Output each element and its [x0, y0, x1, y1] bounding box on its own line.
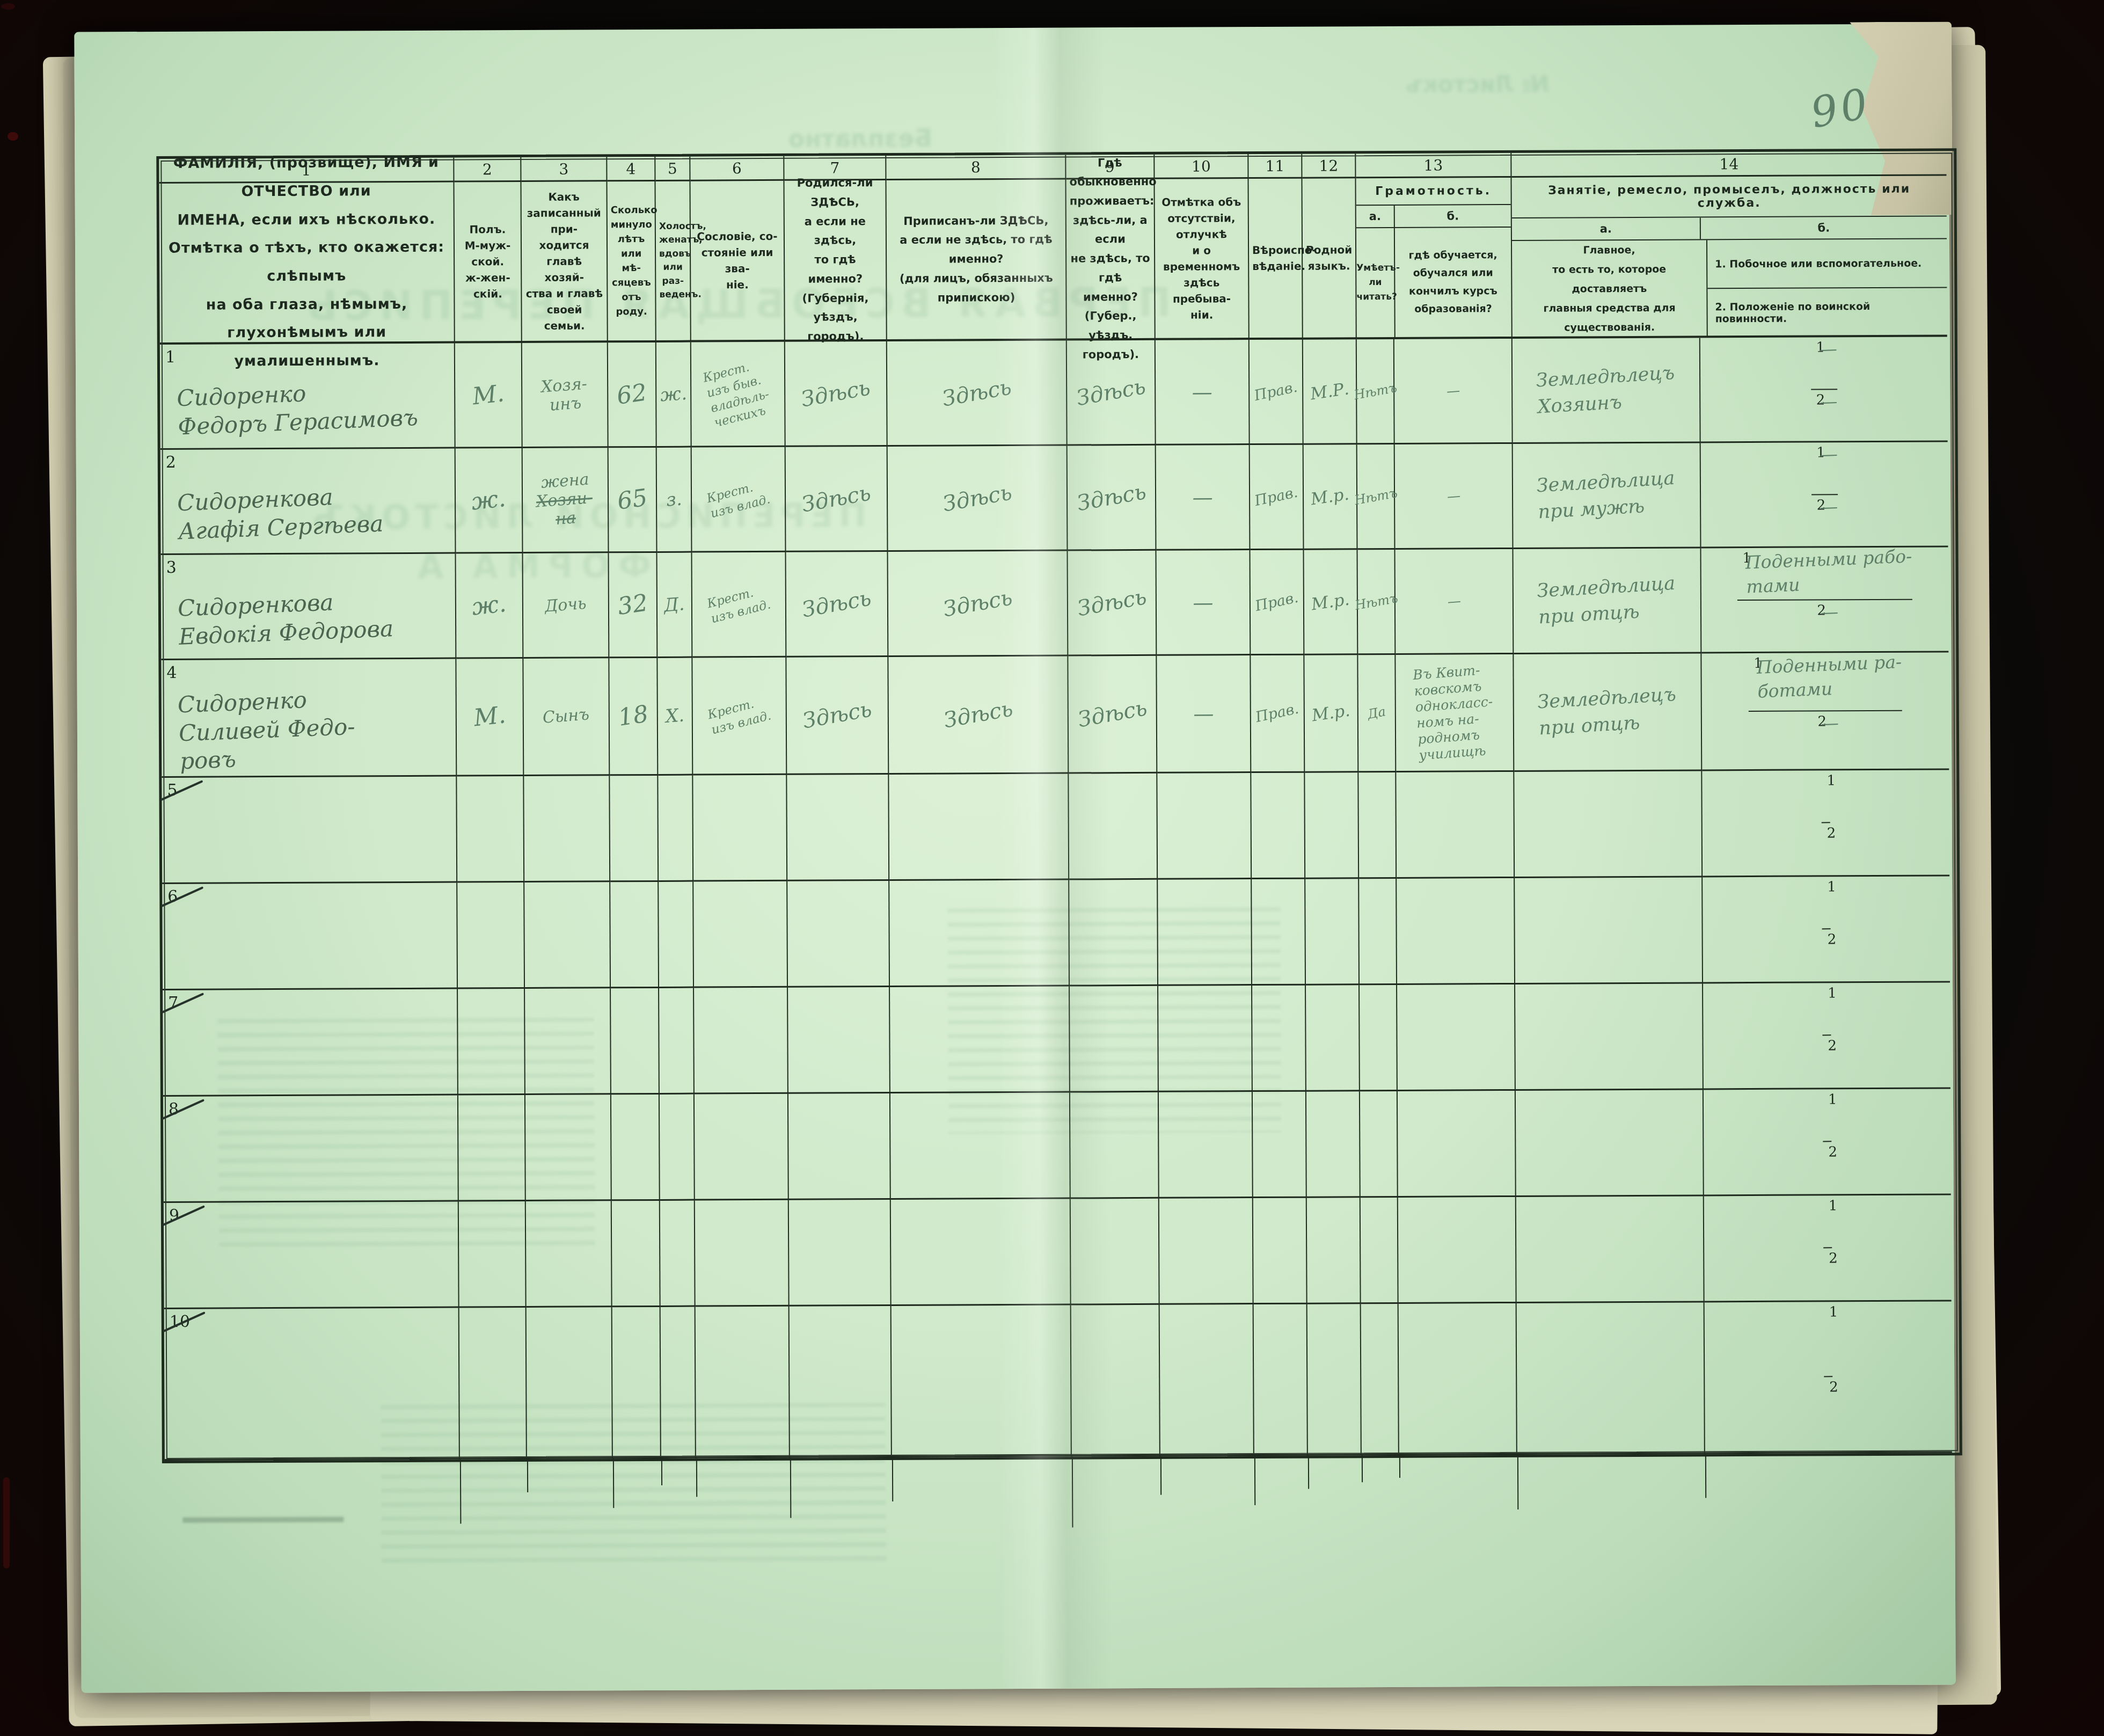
- row-number: 4: [166, 663, 177, 682]
- cell-born: [788, 1093, 891, 1200]
- census-grid: 1 2 3 4 5 6 7 8 9 10 11 12 13 14 ФАМИЛІЯ…: [159, 151, 1960, 1460]
- cell-educated: [1398, 1090, 1516, 1197]
- sub-row-label-1: 1: [1827, 879, 1836, 895]
- cell-registered: [890, 986, 1070, 1093]
- col-number-2: 2: [454, 157, 521, 183]
- cell-side-1: 1Поденными рабо- тами: [1737, 548, 1912, 601]
- cell-side-1: 1: [1822, 877, 1830, 930]
- cell-side-2: 2: [1823, 1248, 1832, 1300]
- header-name: ФАМИЛІЯ, (прозвище), ИМЯ и ОТЧЕСТВО или …: [159, 183, 455, 345]
- column-line-stub: [460, 1459, 462, 1523]
- cell-occupation: [1517, 1302, 1705, 1455]
- sub-row-label-2: 2: [1829, 1250, 1838, 1266]
- cell-resides: [1069, 773, 1158, 880]
- cell-religion: Прав.: [1250, 340, 1304, 445]
- cell-registered: [889, 774, 1069, 880]
- cell-language-value: М.р.: [1310, 484, 1350, 509]
- cell-absence: [1158, 986, 1253, 1092]
- cell-relation: женаХозяи- на: [523, 448, 609, 553]
- cell-relation: [524, 882, 611, 989]
- cell-side-2: 2: [1822, 823, 1830, 875]
- cell-language: [1307, 1304, 1362, 1455]
- cell-side-1-value: —: [1819, 442, 1838, 467]
- cell-registered: [890, 1092, 1071, 1199]
- cell-occupation-value: Земледѣлица при мужѣ: [1536, 465, 1677, 525]
- cell-born: [788, 987, 890, 1094]
- cell-religion-value: Прав.: [1253, 379, 1299, 405]
- cell-absence: —: [1157, 655, 1251, 773]
- cell-sex: ж.: [456, 553, 524, 659]
- cell-absence-value: —: [1192, 380, 1212, 404]
- cell-relation: [527, 1307, 613, 1459]
- cell-born: [790, 1306, 892, 1458]
- cell-registered: [889, 880, 1070, 987]
- cell-language: М.р.: [1304, 444, 1358, 550]
- cell-side-1-value: Поденными ра- ботами: [1756, 650, 1903, 704]
- col-number-11: 11: [1248, 154, 1302, 179]
- cell-language-value: М.Р.: [1309, 379, 1350, 404]
- row-number-struck: 6: [167, 887, 178, 906]
- cell-sex: [459, 1201, 527, 1308]
- cell-side-1-value: —: [1819, 337, 1838, 362]
- cell-name: 5: [162, 776, 457, 884]
- cell-side-1: 1—: [1810, 337, 1837, 390]
- header-literacy-title: Грамотность.: [1356, 178, 1510, 206]
- cell-reads: [1359, 878, 1397, 984]
- header-born: Родился-ли ЗДѢСЬ, а если не здѣсь, то гд…: [784, 180, 887, 342]
- cell-religion: [1251, 772, 1305, 879]
- cell-name-value: Сидоренко Федоръ Герасимовъ: [176, 375, 418, 441]
- cell-side-occupation: 12: [1704, 1089, 1951, 1196]
- cell-educated: [1396, 771, 1515, 878]
- header-occupation-a: а.: [1512, 217, 1701, 240]
- cell-marital-value: Д.: [663, 593, 685, 616]
- cell-resides: [1069, 879, 1158, 986]
- column-line-stub: [661, 1458, 662, 1485]
- cell-registered: Здѣсь: [888, 446, 1068, 552]
- cell-educated: —: [1395, 444, 1514, 550]
- cell-absence-value: —: [1193, 590, 1213, 614]
- cell-age: [612, 1307, 661, 1458]
- cell-side-occupation: 1—2—: [1700, 337, 1948, 443]
- cell-estate: Крест. изъ быв. владѣль- ческихъ: [691, 342, 786, 448]
- cell-occupation: [1516, 1196, 1705, 1303]
- cell-relation-value: Дочь: [544, 594, 587, 616]
- cell-religion: Прав.: [1251, 655, 1305, 773]
- cell-occupation: [1516, 1090, 1704, 1197]
- cell-name: 4Сидоренко Силивей Федо- ровъ: [161, 659, 457, 778]
- cell-side-1-value: Поденными рабо- тами: [1745, 544, 1913, 599]
- row-number-struck: 9: [169, 1206, 179, 1224]
- cell-born-value: Здѣсь: [799, 375, 872, 412]
- cell-name-value: Сидоренко Силивей Федо- ровъ: [177, 684, 356, 776]
- cell-side-1: 1—: [1811, 442, 1837, 495]
- cell-side-2: 2—: [1811, 495, 1838, 546]
- row-number: 3: [166, 558, 177, 577]
- column-line-stub: [1072, 1456, 1073, 1527]
- cell-reads-value: Нѣтъ: [1353, 380, 1398, 403]
- header-literacy-b: б.: [1395, 205, 1511, 227]
- cell-estate-value: Крест. изъ влад.: [705, 582, 772, 627]
- header-can-read: Умѣетъ- ли читать?: [1356, 228, 1396, 337]
- cell-religion: [1253, 1198, 1307, 1304]
- header-marital: Холостъ, женатъ, вдовъ или раз- веденъ.: [655, 181, 691, 342]
- cell-side-1: 1: [1824, 1302, 1833, 1377]
- cell-name: 2Сидоренкова Агафія Сергѣева: [160, 449, 456, 555]
- cell-marital: [659, 881, 694, 988]
- cell-born: Здѣсь: [785, 341, 888, 447]
- sub-row-label-1: 1: [1827, 772, 1836, 789]
- cell-sex-value: ж.: [470, 485, 507, 516]
- cell-age: [611, 1094, 660, 1200]
- column-line-stub: [1254, 1456, 1255, 1505]
- cell-reads: Нѣтъ: [1357, 339, 1395, 444]
- cell-reads: [1361, 1197, 1399, 1303]
- cell-relation: Хозя- инъ: [522, 342, 609, 448]
- cell-religion: [1252, 879, 1306, 985]
- cell-relation-value: Сынъ: [542, 705, 590, 727]
- cell-reads: [1358, 772, 1397, 878]
- cell-resides: [1071, 1198, 1160, 1305]
- sub-row-label-1: 1: [1829, 1198, 1838, 1214]
- cell-occupation-value: Земледѣлица при отцѣ: [1536, 570, 1677, 630]
- cell-absence: [1160, 1304, 1254, 1456]
- cell-born: [787, 881, 890, 988]
- cell-resides: Здѣсь: [1068, 446, 1157, 551]
- cell-absence: —: [1156, 340, 1250, 446]
- cell-born: [789, 1200, 892, 1307]
- sub-row-label-2: 2: [1827, 825, 1836, 841]
- cell-age: 32: [609, 553, 658, 658]
- cell-educated: [1399, 1303, 1517, 1455]
- cell-registered: [892, 1305, 1072, 1457]
- cell-resides-value: Здѣсь: [1075, 585, 1148, 621]
- cell-registered: [891, 1199, 1071, 1305]
- census-page: Безплатно № Листокъ ПЕРВАЯ ВСЕОБЩАЯ ПЕРЕ…: [74, 24, 1955, 1693]
- column-line-stub: [892, 1457, 893, 1501]
- header-language: Родной языкъ.: [1302, 178, 1356, 339]
- cell-marital: [659, 988, 695, 1094]
- film-speck: [1, 3, 15, 10]
- cell-sex: [458, 1095, 526, 1201]
- header-registered: Приписанъ-ли ЗДѢСЬ, а если не здѣсь, то …: [886, 180, 1066, 341]
- cell-age-value: 32: [616, 589, 650, 621]
- cell-age: 62: [608, 342, 657, 448]
- col-number-8: 8: [886, 155, 1066, 180]
- cell-occupation-value: Земледѣлецъ Хозяинъ: [1535, 360, 1676, 420]
- cell-relation-value: Хозя- инъ: [540, 374, 589, 415]
- cell-name-value: Сидоренкова Евдокія Федорова: [177, 586, 394, 651]
- cell-reads-value: Да: [1367, 704, 1387, 722]
- cell-side-occupation: 1Поденными рабо- тами2—: [1701, 547, 1948, 653]
- cell-marital-value: Х.: [664, 704, 685, 727]
- cell-educated: —: [1395, 549, 1514, 655]
- cell-side-occupation: 12: [1703, 876, 1950, 983]
- row-number-struck: 8: [169, 1099, 179, 1118]
- cell-relation: [525, 1095, 612, 1201]
- cell-age: [610, 775, 659, 881]
- cell-occupation: Земледѣлица при мужѣ: [1513, 443, 1701, 549]
- cell-reads-value: Нѣтъ: [1354, 590, 1399, 613]
- cell-side-occupation: 1—2—: [1701, 442, 1948, 548]
- cell-sex: [457, 882, 525, 989]
- film-speck: [3, 1477, 10, 1569]
- cell-side-2-value: —: [1820, 600, 1839, 624]
- column-line-stub: [1705, 1454, 1706, 1498]
- cell-resides: [1070, 1092, 1159, 1199]
- cell-absence: [1158, 879, 1252, 986]
- header-occupation-side: 1. Побочное или вспомогательное.: [1707, 239, 1947, 289]
- cell-born-value: Здѣсь: [801, 697, 874, 733]
- cell-reads: [1360, 984, 1398, 1091]
- cell-language: [1306, 1091, 1361, 1198]
- cell-resides: [1070, 986, 1159, 1092]
- cell-resides: Здѣсь: [1068, 551, 1157, 657]
- cell-estate: [695, 1200, 790, 1307]
- col-number-6: 6: [690, 156, 784, 181]
- cell-born: Здѣсь: [786, 552, 889, 658]
- cell-side-1: 1: [1823, 1089, 1831, 1142]
- cell-estate: Крест. изъ влад.: [692, 658, 787, 775]
- cell-age: [610, 881, 659, 988]
- cell-side-2-value: —: [1821, 711, 1839, 735]
- cell-reads: Нѣтъ: [1357, 550, 1396, 655]
- cell-estate-value: Крест. изъ быв. владѣль- ческихъ: [702, 356, 775, 431]
- cell-age-value: 18: [616, 701, 650, 732]
- col-number-3: 3: [521, 157, 607, 182]
- cell-resides-value: Здѣсь: [1075, 374, 1148, 411]
- cell-estate: [696, 1306, 790, 1458]
- cell-occupation: Земледѣлица при отцѣ: [1513, 548, 1701, 654]
- cell-occupation: [1515, 877, 1703, 984]
- cell-age: [612, 1200, 661, 1307]
- column-line-stub: [613, 1458, 614, 1508]
- column-line-stub: [696, 1458, 697, 1497]
- cell-religion: [1254, 1304, 1308, 1455]
- cell-language: М.р.: [1304, 655, 1358, 772]
- cell-side-2: 2—: [1811, 600, 1838, 652]
- cell-born: Здѣсь: [786, 447, 888, 552]
- col-number-4: 4: [607, 157, 655, 181]
- header-occupation-title: Занятіе, ремесло, промыселъ, должность и…: [1511, 176, 1946, 218]
- cell-occupation: Земледѣлецъ при отцѣ: [1514, 653, 1702, 771]
- cell-estate: [695, 1093, 789, 1200]
- cell-side-occupation: 12: [1704, 1195, 1952, 1302]
- cell-side-occupation: 1Поденными ра- ботами2—: [1701, 652, 1949, 771]
- cell-estate-value: Крест. изъ влад.: [706, 693, 772, 738]
- cell-side-occupation: 12: [1702, 770, 1949, 877]
- cell-relation: [525, 988, 611, 1095]
- cell-age-value: 65: [616, 484, 649, 515]
- cell-estate: Крест. изъ влад.: [692, 552, 787, 658]
- cell-language: М.р.: [1304, 550, 1358, 655]
- row-number: 1: [165, 348, 176, 367]
- cell-side-1: 1: [1822, 983, 1831, 1036]
- cell-sex: ж.: [456, 448, 523, 554]
- col-number-14: 14: [1511, 151, 1946, 178]
- cell-educated-value: —: [1446, 593, 1461, 610]
- cell-educated-value: —: [1446, 487, 1460, 505]
- cell-language: [1307, 1198, 1361, 1304]
- cell-relation: [524, 776, 610, 882]
- cell-sex: М.: [455, 343, 523, 449]
- cell-resides: Здѣсь: [1067, 340, 1156, 446]
- sub-row-label-2: 2: [1828, 1144, 1837, 1160]
- cell-born-value: Здѣсь: [800, 480, 873, 517]
- cell-sex-value: М.: [472, 701, 507, 732]
- cell-side-2: 2—: [1812, 711, 1838, 769]
- cell-registered: Здѣсь: [887, 341, 1068, 447]
- cell-sex: [457, 776, 524, 882]
- cell-side-2: 2: [1824, 1377, 1833, 1451]
- header-literacy: Грамотность. а. б. Умѣетъ- ли читать? гд…: [1356, 178, 1512, 339]
- cell-educated: —: [1394, 339, 1513, 444]
- cell-language: [1305, 879, 1360, 985]
- header-occupation-main: Главное, то есть то, которое доставляетъ…: [1512, 240, 1708, 338]
- col-number-13: 13: [1356, 153, 1511, 178]
- cell-estate-value: Крест. изъ влад.: [705, 477, 771, 522]
- sub-row-label-1: 1: [1829, 1304, 1838, 1320]
- cell-name: 3Сидоренкова Евдокія Федорова: [161, 554, 457, 660]
- sub-row-label-1: 1: [1828, 1091, 1837, 1107]
- cell-relation: Дочь: [523, 553, 610, 659]
- cell-estate: [693, 775, 787, 881]
- cell-age: [611, 988, 660, 1094]
- cell-religion-value: Прав.: [1254, 589, 1300, 615]
- cell-registered: Здѣсь: [888, 551, 1069, 657]
- header-sex: Полъ. М-муж- ской. ж-жен- скій.: [454, 182, 522, 344]
- col-number-5: 5: [655, 157, 690, 181]
- cell-side-2: 2: [1822, 1035, 1831, 1088]
- header-occupation-b: б.: [1701, 216, 1947, 239]
- cell-name: 10: [164, 1308, 460, 1460]
- cell-marital: [660, 1094, 695, 1200]
- cell-reads: Нѣтъ: [1357, 444, 1396, 550]
- cell-registered-value: Здѣсь: [941, 480, 1014, 516]
- sub-row-label-2: 2: [1828, 931, 1837, 947]
- cell-registered: Здѣсь: [888, 657, 1069, 775]
- row-number-struck: 7: [168, 993, 178, 1012]
- header-military-duty: 2. Положеніе по воинской повинности.: [1707, 288, 1947, 337]
- col-number-10: 10: [1155, 154, 1248, 179]
- cell-relation: [526, 1201, 612, 1308]
- ghost-listok-no: № Листокъ: [1406, 71, 1550, 98]
- cell-religion: [1252, 985, 1306, 1091]
- cell-religion-value: Прав.: [1254, 701, 1301, 726]
- header-absence: Отмѣтка объ отсутствіи, отлучкѣ и о врем…: [1155, 179, 1249, 340]
- cell-marital: Д.: [657, 553, 693, 658]
- cell-relation: Сынъ: [523, 658, 610, 776]
- cell-reads: [1361, 1303, 1399, 1455]
- cell-religion: Прав.: [1251, 550, 1305, 655]
- cell-registered-value: Здѣсь: [941, 696, 1014, 733]
- column-line-stub: [527, 1458, 528, 1492]
- cell-marital: ж.: [656, 342, 692, 448]
- row-number-struck: 10: [170, 1312, 190, 1331]
- cell-religion: [1253, 1091, 1307, 1198]
- cell-resides-value: Здѣсь: [1075, 479, 1148, 516]
- cell-side-2: 2: [1822, 929, 1831, 981]
- cell-educated-value: —: [1446, 382, 1460, 399]
- cell-educated-value: Въ Квит- ковскомъ однокласс- номъ на- ро…: [1412, 661, 1497, 763]
- cell-resides: Здѣсь: [1068, 656, 1157, 774]
- col-number-12: 12: [1302, 154, 1356, 178]
- cell-absence: [1159, 1198, 1254, 1305]
- header-religion: Вѣроиспо- вѣданіе.: [1248, 179, 1303, 340]
- row-number: 2: [166, 453, 176, 472]
- header-age: Сколько минуло лѣтъ или мѣ- сяцевъ отъ р…: [607, 181, 656, 342]
- sub-row-label-1: 1: [1828, 985, 1837, 1001]
- cell-side-2-value: —: [1820, 494, 1838, 519]
- cell-occupation-value: Земледѣлецъ при отцѣ: [1537, 682, 1678, 742]
- cell-occupation: Земледѣлецъ Хозяинъ: [1513, 338, 1701, 444]
- cell-marital: [660, 1200, 696, 1307]
- cell-name: 7: [163, 989, 458, 1096]
- cell-language: [1305, 772, 1359, 879]
- cell-side-occupation: 12: [1705, 1301, 1952, 1454]
- cell-registered-value: Здѣсь: [941, 585, 1014, 622]
- cell-occupation: [1514, 771, 1703, 878]
- column-line-stub: [790, 1457, 791, 1518]
- cell-sex-value: ж.: [471, 590, 508, 621]
- cell-absence: —: [1157, 550, 1251, 656]
- cell-language-value: М.р.: [1310, 589, 1351, 614]
- cell-age-value: 62: [615, 378, 649, 410]
- column-line-stub: [1399, 1455, 1400, 1477]
- header-occupation: Занятіе, ремесло, промыселъ, должность и…: [1511, 176, 1947, 339]
- cell-educated: [1397, 984, 1516, 1091]
- cell-absence-value: —: [1192, 485, 1212, 509]
- cell-religion-value: Прав.: [1253, 484, 1299, 510]
- cell-side-2-value: —: [1819, 389, 1838, 414]
- cell-sex: [459, 1307, 527, 1459]
- cell-educated: [1397, 878, 1515, 984]
- column-line-stub: [1362, 1455, 1363, 1482]
- cell-resides-value: Здѣсь: [1076, 696, 1149, 732]
- cell-absence: [1157, 773, 1252, 880]
- cell-name-value: Сидоренкова Агафія Сергѣева: [177, 482, 384, 546]
- cell-sex: [458, 988, 525, 1095]
- header-resides: Гдѣ обыкновенно проживаетъ: здѣсь-ли, а …: [1066, 179, 1155, 341]
- cell-side-1: 1: [1821, 770, 1830, 823]
- header-estate: Сословіе, со- стояніе или зва- ніе.: [690, 181, 785, 342]
- cell-sex: М.: [456, 659, 524, 776]
- film-speck: [8, 132, 18, 141]
- sub-row-label-2: 2: [1829, 1379, 1838, 1395]
- column-line-stub: [1517, 1454, 1518, 1509]
- ghost-free-note: Безплатно: [788, 125, 932, 153]
- cell-absence-value: —: [1193, 702, 1214, 725]
- cell-estate: [694, 987, 788, 1094]
- cell-absence: [1159, 1092, 1253, 1199]
- cell-name: 6: [162, 882, 458, 990]
- cell-language-value: М.р.: [1311, 701, 1351, 725]
- cell-language: М.Р.: [1303, 339, 1357, 444]
- cell-marital: з.: [657, 448, 692, 553]
- cell-marital: [661, 1307, 696, 1458]
- cell-educated: Въ Квит- ковскомъ однокласс- номъ на- ро…: [1396, 654, 1514, 772]
- cell-name: 8: [163, 1095, 459, 1202]
- header-literacy-a: а.: [1356, 206, 1395, 227]
- cell-marital: Х.: [657, 658, 693, 776]
- row-number-struck: 5: [167, 781, 177, 799]
- cell-resides: [1071, 1304, 1160, 1456]
- census-table: 1 2 3 4 5 6 7 8 9 10 11 12 13 14 ФАМИЛІЯ…: [156, 148, 1962, 1463]
- cell-reads: Да: [1358, 655, 1396, 772]
- cell-age: 18: [609, 658, 658, 776]
- cell-name: 9: [164, 1201, 459, 1309]
- cell-age: 65: [609, 448, 657, 553]
